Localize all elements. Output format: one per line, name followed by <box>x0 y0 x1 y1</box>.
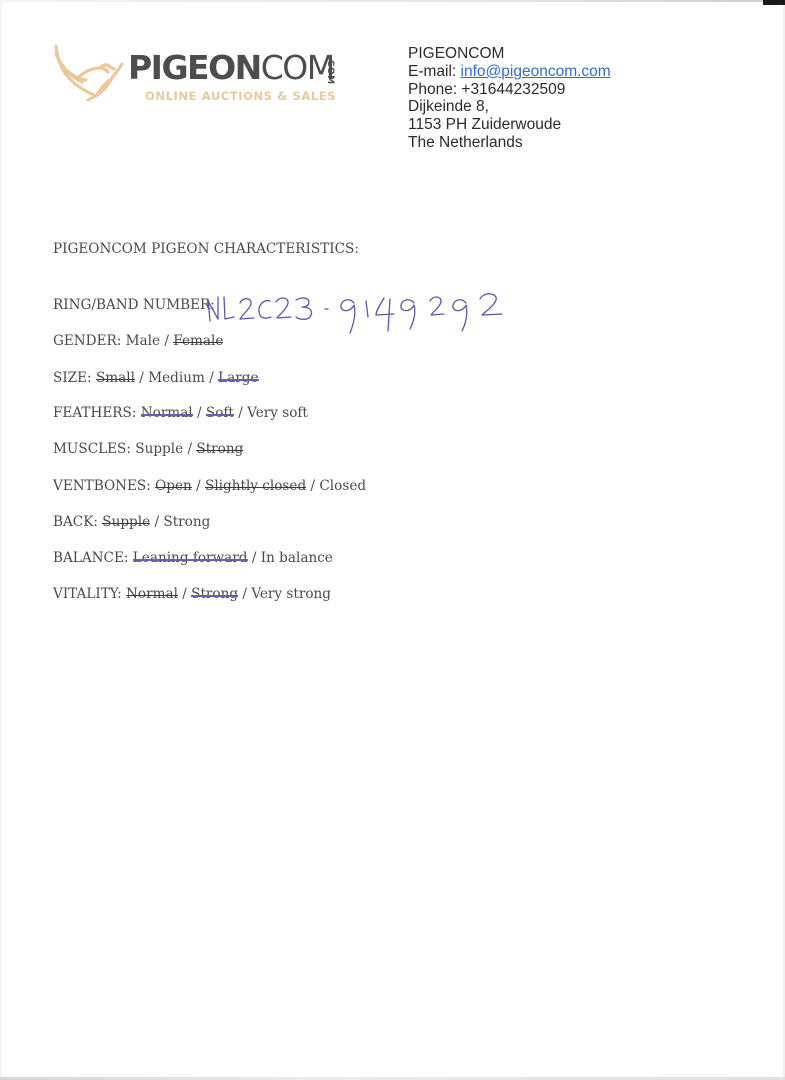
email-line: E-mail: info@pigeoncom.com <box>408 63 611 81</box>
logo-tagline: ONLINE AUCTIONS & SALES <box>145 89 336 103</box>
option-leaning-forward-struck: Leaning forward <box>133 550 248 566</box>
address-line-1: Dijkeinde 8, <box>408 98 611 116</box>
option-supple-struck: Supple <box>102 514 150 530</box>
option-very-soft: Very soft <box>247 405 308 421</box>
balance-label: BALANCE: <box>53 550 133 566</box>
field-vitality: VITALITY: Normal / Strong / Very strong <box>53 586 331 602</box>
separator: / <box>192 478 205 494</box>
separator: / <box>234 405 247 421</box>
option-female-struck: Female <box>173 333 223 349</box>
contact-block: PIGEONCOM E-mail: info@pigeoncom.com Pho… <box>408 45 611 152</box>
separator: / <box>193 405 206 421</box>
email-link[interactable]: info@pigeoncom.com <box>461 63 611 80</box>
separator: / <box>306 478 319 494</box>
separator: / <box>135 370 148 386</box>
form-title: PIGEONCOM PIGEON CHARACTERISTICS: <box>53 241 359 257</box>
back-label: BACK: <box>53 514 102 530</box>
option-open-struck: Open <box>155 478 192 494</box>
separator: / <box>178 586 191 602</box>
logo-com-suffix: .COM <box>325 56 335 85</box>
field-back: BACK: Supple / Strong <box>53 514 210 530</box>
company-logo: PIGEONCOM .COM ONLINE AUCTIONS & SALES <box>50 42 360 106</box>
ring-number-field: RING/BAND NUMBER: <box>53 297 215 313</box>
option-in-balance: In balance <box>261 550 333 566</box>
option-male: Male <box>126 333 160 349</box>
option-soft-struck: Soft <box>206 405 234 421</box>
option-strong-struck: Strong <box>196 441 243 457</box>
field-size: SIZE: Small / Medium / Large <box>53 370 259 386</box>
separator: / <box>238 586 251 602</box>
option-supple: Supple <box>135 441 183 457</box>
feathers-label: FEATHERS: <box>53 405 141 421</box>
option-small-struck: Small <box>96 370 135 386</box>
size-label: SIZE: <box>53 370 96 386</box>
separator: / <box>160 333 173 349</box>
field-balance: BALANCE: Leaning forward / In balance <box>53 550 333 566</box>
company-name: PIGEONCOM <box>408 45 611 63</box>
dove-wing-icon <box>52 42 124 104</box>
scan-edge-left <box>0 0 2 1080</box>
field-feathers: FEATHERS: Normal / Soft / Very soft <box>53 405 308 421</box>
gender-label: GENDER: <box>53 333 126 349</box>
country: The Netherlands <box>408 134 611 152</box>
option-normal-struck: Normal <box>141 405 193 421</box>
logo-wordmark: PIGEONCOM <box>128 50 334 86</box>
vitality-label: VITALITY: <box>53 586 126 602</box>
option-slightly-closed-struck: Slightly closed <box>205 478 306 494</box>
scan-corner-mark <box>763 0 785 5</box>
separator: / <box>205 370 218 386</box>
email-label: E-mail: <box>408 63 461 80</box>
option-very-strong: Very strong <box>251 586 331 602</box>
ring-number-label: RING/BAND NUMBER: <box>53 297 215 313</box>
separator: / <box>150 514 163 530</box>
handwritten-ring-number <box>204 289 544 337</box>
field-ventbones: VENTBONES: Open / Slightly closed / Clos… <box>53 478 366 494</box>
option-large-struck: Large <box>218 370 258 386</box>
separator: / <box>183 441 196 457</box>
address-line-2: 1153 PH Zuiderwoude <box>408 116 611 134</box>
option-strong-struck: Strong <box>191 586 238 602</box>
option-strong: Strong <box>163 514 210 530</box>
option-medium: Medium <box>148 370 205 386</box>
field-gender: GENDER: Male / Female <box>53 333 223 349</box>
option-normal-struck: Normal <box>126 586 178 602</box>
separator: / <box>248 550 261 566</box>
option-closed: Closed <box>319 478 366 494</box>
ventbones-label: VENTBONES: <box>53 478 155 494</box>
muscles-label: MUSCLES: <box>53 441 135 457</box>
phone-line: Phone: +31644232509 <box>408 81 611 99</box>
field-muscles: MUSCLES: Supple / Strong <box>53 441 243 457</box>
scan-edge-top <box>0 0 785 2</box>
